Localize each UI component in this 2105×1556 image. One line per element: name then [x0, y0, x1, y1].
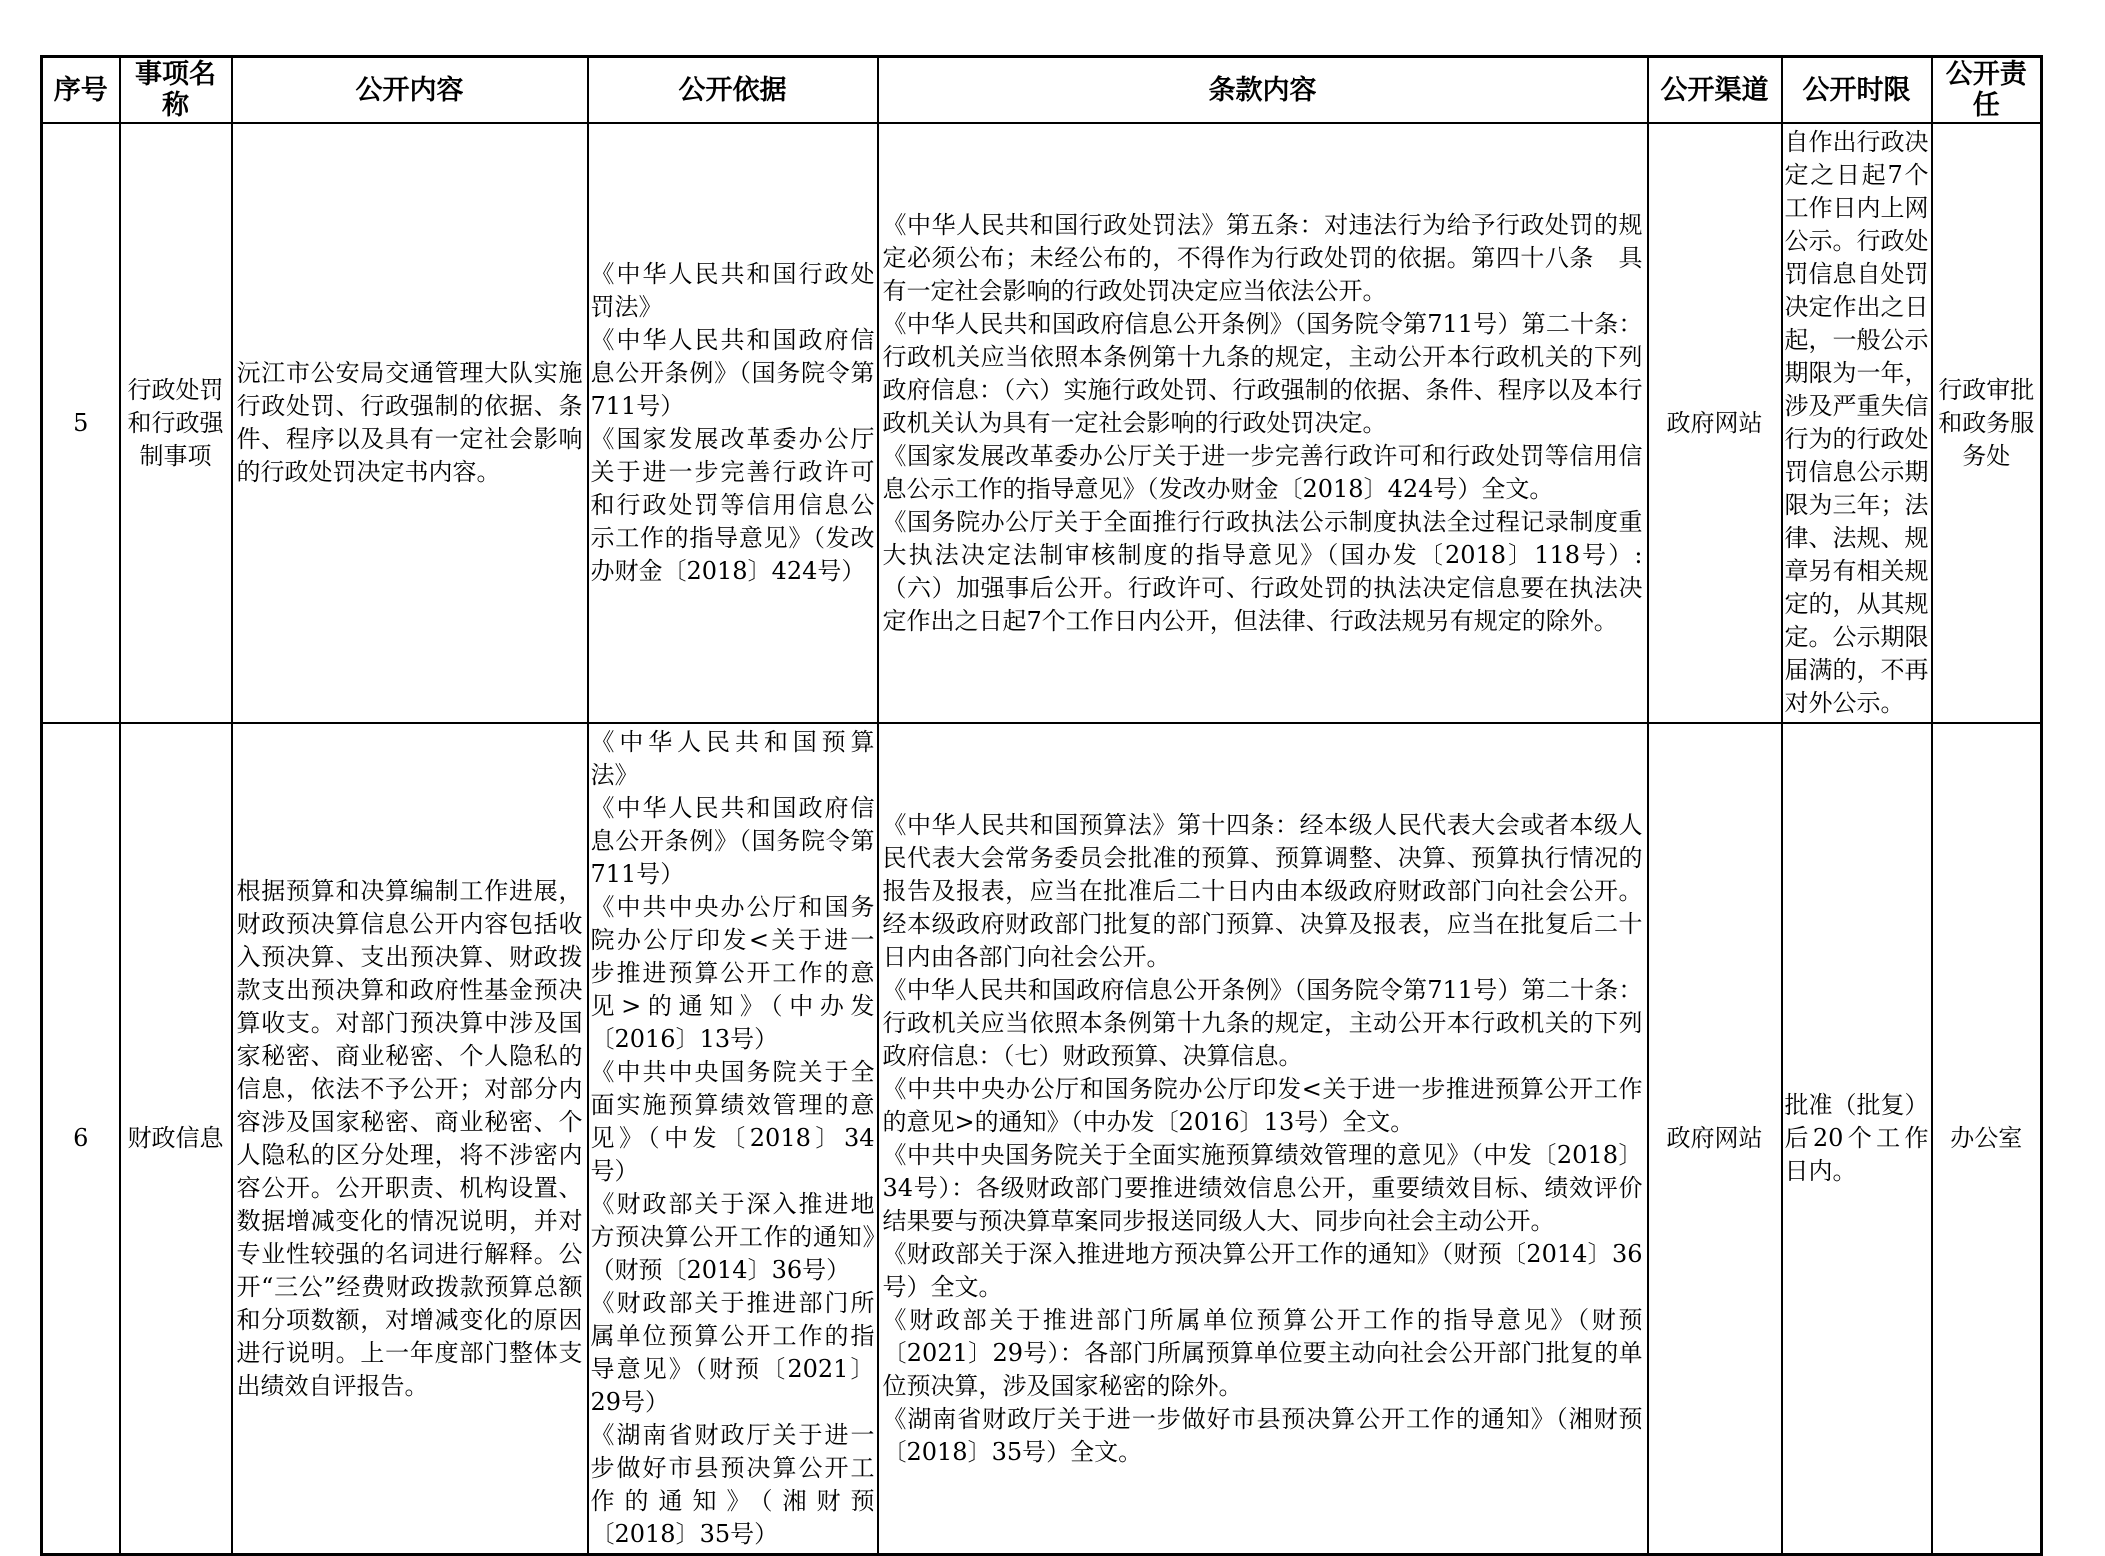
cell-basis: 《中华人民共和国行政处罚法》 《中华人民共和国政府信息公开条例》（国务院令第71… — [588, 123, 878, 723]
col-header-seq: 序号 — [42, 57, 120, 124]
cell-channel: 政府网站 — [1648, 723, 1782, 1555]
cell-seq: 6 — [42, 723, 120, 1555]
cell-channel: 政府网站 — [1648, 123, 1782, 723]
table-row-6: 6 财政信息 根据预算和决算编制工作进展，财政预决算信息公开内容包括收入预决算、… — [42, 723, 2042, 1555]
col-header-responsibility: 公开责任 — [1932, 57, 2042, 124]
cell-time-limit: 自作出行政决定之日起7个工作日内上网公示。行政处罚信息自处罚决定作出之日起，一般… — [1782, 123, 1932, 723]
cell-clauses: 《中华人民共和国预算法》第十四条：经本级人民代表大会或者本级人民代表大会常务委员… — [878, 723, 1648, 1555]
cell-responsibility: 办公室 — [1932, 723, 2042, 1555]
cell-time-limit: 批准（批复）后20个工作日内。 — [1782, 723, 1932, 1555]
col-header-basis: 公开依据 — [588, 57, 878, 124]
disclosure-table: 序号 事项名称 公开内容 公开依据 条款内容 公开渠道 公开时限 公开责任 5 … — [40, 55, 2043, 1556]
cell-basis: 《中华人民共和国预算法》 《中华人民共和国政府信息公开条例》（国务院令第711号… — [588, 723, 878, 1555]
cell-responsibility: 行政审批和政务服务处 — [1932, 123, 2042, 723]
cell-seq: 5 — [42, 123, 120, 723]
cell-content: 根据预算和决算编制工作进展，财政预决算信息公开内容包括收入预决算、支出预决算、财… — [232, 723, 588, 1555]
cell-item-name: 财政信息 — [120, 723, 232, 1555]
cell-clauses: 《中华人民共和国行政处罚法》第五条：对违法行为给予行政处罚的规定必须公布；未经公… — [878, 123, 1648, 723]
cell-content: 沅江市公安局交通管理大队实施行政处罚、行政强制的依据、条件、程序以及具有一定社会… — [232, 123, 588, 723]
col-header-clauses: 条款内容 — [878, 57, 1648, 124]
cell-item-name: 行政处罚和行政强制事项 — [120, 123, 232, 723]
col-header-item-name: 事项名称 — [120, 57, 232, 124]
col-header-time-limit: 公开时限 — [1782, 57, 1932, 124]
table-row-5: 5 行政处罚和行政强制事项 沅江市公安局交通管理大队实施行政处罚、行政强制的依据… — [42, 123, 2042, 723]
col-header-channel: 公开渠道 — [1648, 57, 1782, 124]
col-header-content: 公开内容 — [232, 57, 588, 124]
header-row: 序号 事项名称 公开内容 公开依据 条款内容 公开渠道 公开时限 公开责任 — [42, 57, 2042, 124]
